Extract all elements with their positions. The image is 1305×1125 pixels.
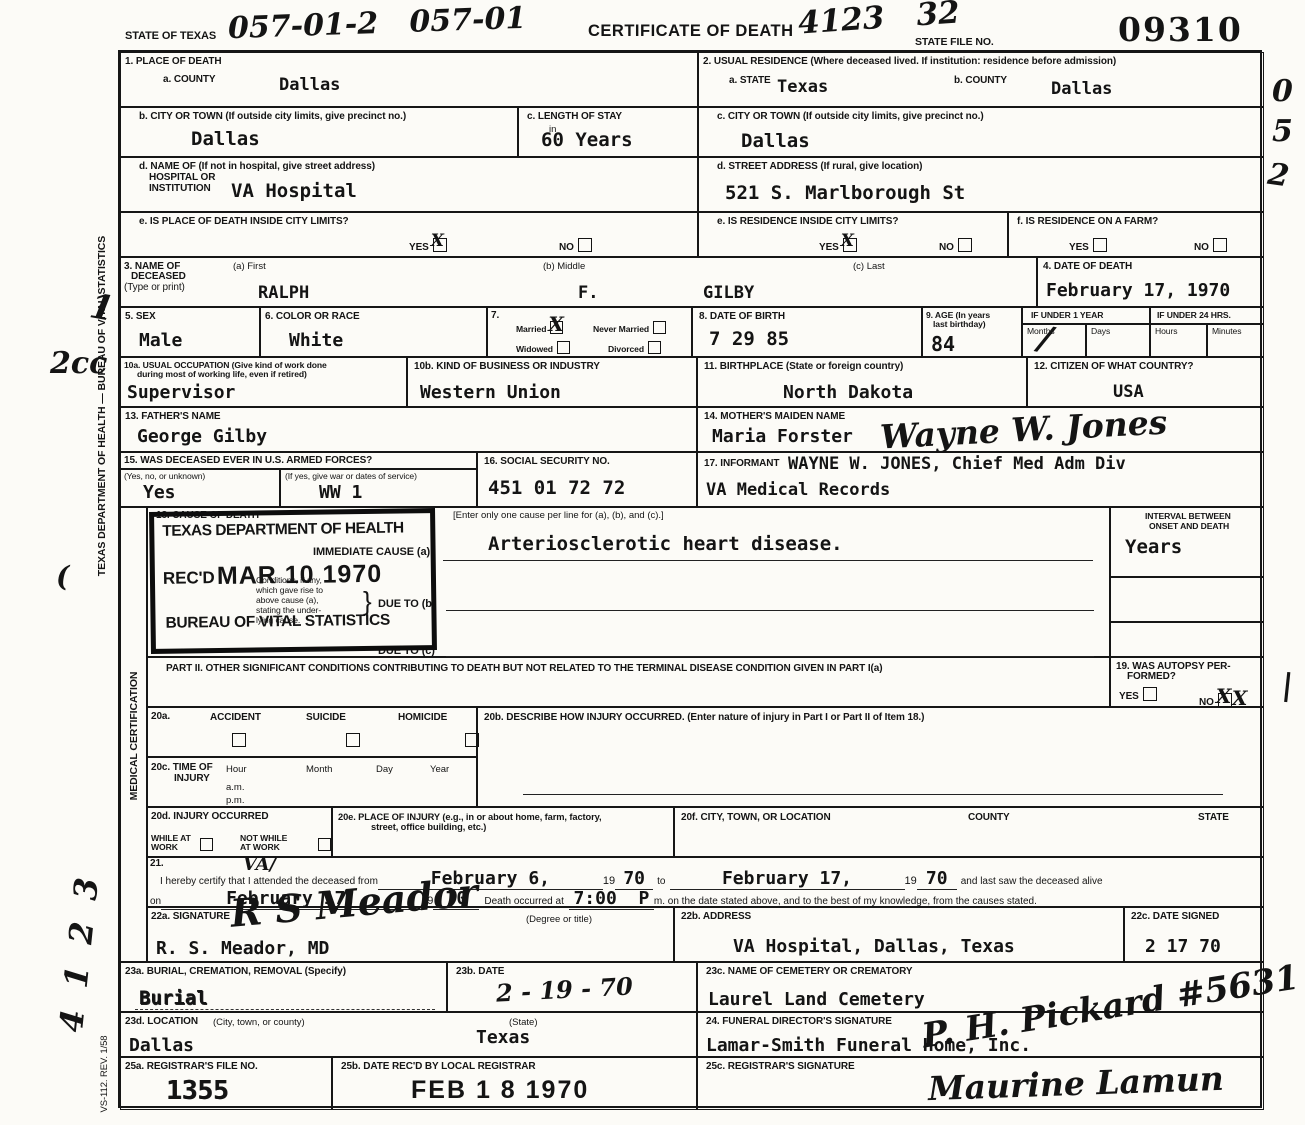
handwritten-mark-2cc: 2cc xyxy=(50,346,107,381)
field-22a-value: R. S. Meador, MD xyxy=(156,938,329,959)
field-15-sub1: (Yes, no, or unknown) Yes xyxy=(120,469,280,507)
not-while-label2: AT WORK xyxy=(240,843,280,853)
field-1e-yes: YESX xyxy=(409,237,447,255)
field-7-never-married: Never Married xyxy=(593,319,666,337)
handwritten-tick: | xyxy=(1280,668,1295,704)
field-1d-label3: INSTITUTION xyxy=(149,183,211,195)
field-23b-value: 2 - 19 - 70 xyxy=(495,971,633,1007)
handwritten-mark-4123: 4123 xyxy=(52,854,108,1034)
while-at-label2: WORK xyxy=(151,843,178,853)
checkbox-2f-yes xyxy=(1093,238,1107,252)
field-15-label: 15. WAS DECEASED EVER IN U.S. ARMED FORC… xyxy=(124,455,372,467)
field-2e-label: e. IS RESIDENCE INSIDE CITY LIMITS? xyxy=(717,216,898,228)
field-9-label2: last birthday) xyxy=(933,320,986,330)
field-2b-label: b. COUNTY xyxy=(954,75,1007,87)
field-14-label: 14. MOTHER'S MAIDEN NAME xyxy=(704,411,845,423)
field-13-label: 13. FATHER'S NAME xyxy=(125,411,221,423)
checkbox-married: X xyxy=(550,321,563,334)
field-22a-label: 22a. SIGNATURE xyxy=(151,911,230,923)
field-23c-label: 23c. NAME OF CEMETERY OR CREMATORY xyxy=(706,966,912,978)
field-7-marital-status: 7. MarriedX Never Married Widowed Divorc… xyxy=(487,307,692,357)
field-5-sex: 5. SEX Male xyxy=(120,307,260,357)
field-3-last-label: (c) Last xyxy=(853,261,885,272)
field-23d-value2: Texas xyxy=(476,1027,530,1048)
yes-label: YES xyxy=(819,242,839,253)
field-4-date-of-death: 4. DATE OF DEATH February 17, 1970 xyxy=(1037,257,1264,307)
checkbox-2e-yes: X xyxy=(843,238,857,252)
handwritten-district-codes: 057-01-2 057-01 xyxy=(227,1,526,46)
field-18-interval: INTERVAL BETWEEN ONSET AND DEATH Years xyxy=(1110,507,1264,577)
field-6-value: White xyxy=(289,330,343,351)
burial-line xyxy=(135,1009,435,1010)
field-9-under1-header: IF UNDER 1 YEAR xyxy=(1022,307,1150,324)
checkbox-mark: X xyxy=(1216,684,1232,708)
checkbox-1e-yes: X xyxy=(433,238,447,252)
field-2c-city: c. CITY OR TOWN (If outside city limits,… xyxy=(698,107,1264,157)
field-25b-value: FEB 1 8 1970 xyxy=(411,1076,589,1105)
registrar-signature: Maurine Lamun xyxy=(927,1059,1224,1108)
field-15-sub1-label: (Yes, no, or unknown) xyxy=(124,472,205,482)
handwritten-slash: / xyxy=(1035,318,1055,360)
interval-label2: ONSET AND DEATH xyxy=(1149,522,1229,532)
field-15-sub2: (If yes, give war or dates of service) W… xyxy=(280,469,477,507)
field-25b-label: 25b. DATE REC'D BY LOCAL REGISTRAR xyxy=(341,1061,536,1073)
field-23a-value: Burial xyxy=(139,987,208,1009)
field-3-first-value: RALPH xyxy=(258,283,309,303)
handwritten-right-2: 2 xyxy=(1266,157,1292,195)
field-1d-hospital: d. NAME OF (If not in hospital, give str… xyxy=(120,157,698,212)
cert-to-date: February 17, xyxy=(670,868,905,890)
field-4-label: 4. DATE OF DEATH xyxy=(1043,261,1132,273)
cert-text-2: and last saw the deceased alive xyxy=(957,876,1103,888)
minutes-label: Minutes xyxy=(1212,327,1241,337)
field-2d-street-address: d. STREET ADDRESS (If rural, give locati… xyxy=(698,157,1264,212)
checkbox-2e-no xyxy=(958,238,972,252)
field-20d-label: 20d. INJURY OCCURRED xyxy=(151,811,268,823)
checkbox-mark: X xyxy=(841,231,854,251)
cert-19a: 19 xyxy=(603,875,615,888)
field-2f-yes: YES xyxy=(1069,237,1107,255)
stamp-line2: REC'D xyxy=(163,568,215,588)
field-10a-occupation: 10a. USUAL OCCUPATION (Give kind of work… xyxy=(120,357,407,407)
cause-a-line xyxy=(443,560,1093,561)
field-20e-place-of-injury: 20e. PLACE OF INJURY (e.g., in or about … xyxy=(332,807,674,857)
certificate-title: CERTIFICATE OF DEATH xyxy=(588,22,794,41)
field-11-birthplace: 11. BIRTHPLACE (State or foreign country… xyxy=(697,357,1027,407)
field-23c-value: Laurel Land Cemetery xyxy=(708,989,925,1010)
handwritten-mark-1: 1 xyxy=(87,286,117,330)
field-15-value1: Yes xyxy=(143,482,176,503)
field-5-label: 5. SEX xyxy=(125,311,156,323)
checkbox-divorced xyxy=(648,341,661,354)
handwritten-va: VA/ xyxy=(243,854,276,875)
certificate-number: 09310 xyxy=(1118,10,1243,49)
interval-value: Years xyxy=(1125,536,1182,558)
interval-empty-c xyxy=(1110,622,1264,657)
field-1e-no: NO xyxy=(559,237,592,255)
field-7-married: MarriedX xyxy=(516,319,563,337)
year-label: Year xyxy=(430,764,449,775)
field-18-label2: [Enter only one cause per line for (a), … xyxy=(453,510,664,521)
pm-label: p.m. xyxy=(226,795,244,806)
state-file-no-label: STATE FILE NO. xyxy=(915,36,994,48)
field-1a-label: a. COUNTY xyxy=(163,74,215,86)
field-6-label: 6. COLOR OR RACE xyxy=(265,311,360,323)
field-12-value: USA xyxy=(1113,382,1144,402)
am-label: a.m. xyxy=(226,782,244,793)
field-20a-label: 20a. xyxy=(151,711,170,723)
field-17-value1: WAYNE W. JONES, Chief Med Adm Div xyxy=(788,454,1126,474)
field-2b-value: Dallas xyxy=(1051,79,1112,99)
form-code-vertical: VS-112. REV. 1/58 xyxy=(100,1026,111,1122)
field-8-date-of-birth: 8. DATE OF BIRTH 7 29 85 xyxy=(692,307,922,357)
field-3-middle-value: F. xyxy=(578,283,598,303)
field-1b-label: b. CITY OR TOWN (If outside city limits,… xyxy=(139,111,406,123)
divorced-label: Divorced xyxy=(608,344,644,354)
field-2a-label: a. STATE xyxy=(729,75,771,87)
field-12-citizen: 12. CITIZEN OF WHAT COUNTRY? USA xyxy=(1027,357,1264,407)
no-label: NO xyxy=(559,242,574,253)
month-label: Month xyxy=(306,764,332,775)
field-8-value: 7 29 85 xyxy=(709,328,789,350)
field-11-value: North Dakota xyxy=(783,382,913,403)
checkbox-widowed xyxy=(557,341,570,354)
cause-b-line xyxy=(446,610,1094,611)
field-1e-city-limits: e. IS PLACE OF DEATH INSIDE CITY LIMITS?… xyxy=(120,212,698,257)
field-7-divorced: Divorced xyxy=(608,339,661,357)
field-22b-label: 22b. ADDRESS xyxy=(681,911,751,923)
widowed-label: Widowed xyxy=(516,344,553,354)
field-23b-date: 23b. DATE 2 - 19 - 70 xyxy=(447,962,697,1012)
field-1b-city: b. CITY OR TOWN (If outside city limits,… xyxy=(120,107,518,157)
field-9-minutes: Minutes xyxy=(1207,324,1264,357)
medical-certification-strip: MEDICAL CERTIFICATION xyxy=(120,507,147,962)
yes-label: YES xyxy=(1069,242,1089,253)
field-1c-value: 60 Years xyxy=(541,129,633,151)
cert-from-year: 70 xyxy=(615,868,653,890)
cert-19b: 19 xyxy=(905,875,917,888)
field-3-label2: DECEASED xyxy=(131,271,186,283)
field-2f-label: f. IS RESIDENCE ON A FARM? xyxy=(1017,216,1158,228)
state-label: STATE xyxy=(1198,812,1229,824)
field-2f-no: NO xyxy=(1194,237,1227,255)
field-2e-yes: YESX xyxy=(819,237,857,255)
field-23d-label: 23d. LOCATION xyxy=(125,1016,198,1028)
field-1d-label1: d. NAME OF (If not in hospital, give str… xyxy=(139,161,375,173)
days-label: Days xyxy=(1091,327,1110,337)
field-10b-value: Western Union xyxy=(420,382,561,403)
no-label: NO xyxy=(1194,242,1209,253)
field-1c-label: c. LENGTH OF STAY xyxy=(527,111,622,123)
checkbox-never-married xyxy=(653,321,666,334)
field-10a-value: Supervisor xyxy=(127,382,235,403)
field-2d-label: d. STREET ADDRESS (If rural, give locati… xyxy=(717,161,922,173)
field-25b-date-recd: 25b. DATE REC'D BY LOCAL REGISTRAR FEB 1… xyxy=(332,1057,697,1110)
under24-label: IF UNDER 24 HRS. xyxy=(1157,311,1231,321)
field-23d-location: 23d. LOCATION (City, town, or county) (S… xyxy=(120,1012,697,1057)
handwritten-right-0: 0 xyxy=(1272,74,1293,109)
cert-to: to xyxy=(653,876,669,888)
field-19-yes: YES xyxy=(1119,686,1157,704)
checkbox-1e-no xyxy=(578,238,592,252)
field-25a-value: 1355 xyxy=(166,1076,229,1106)
field-23a-label: 23a. BURIAL, CREMATION, REMOVAL (Specify… xyxy=(125,966,346,978)
field-23d-value1: Dallas xyxy=(129,1035,194,1056)
field-1c-length-of-stay: c. LENGTH OF STAY in 60 Years xyxy=(518,107,698,157)
checkbox-19-no: X xyxy=(1218,693,1232,707)
field-6-color-or-race: 6. COLOR OR RACE White xyxy=(260,307,487,357)
married-label: Married xyxy=(516,324,546,334)
field-24-label: 24. FUNERAL DIRECTOR'S SIGNATURE xyxy=(706,1016,892,1028)
county-label: COUNTY xyxy=(968,812,1010,824)
field-22b-address: 22b. ADDRESS VA Hospital, Dallas, Texas xyxy=(674,907,1124,962)
field-20b-describe-injury: 20b. DESCRIBE HOW INJURY OCCURRED. (Ente… xyxy=(477,707,1264,807)
field-19-label2: FORMED? xyxy=(1127,671,1176,683)
city-town-county-label: (City, town, or county) xyxy=(213,1017,305,1028)
field-22c-label: 22c. DATE SIGNED xyxy=(1131,911,1219,923)
checkbox-19-yes xyxy=(1143,687,1157,701)
suicide-label: SUICIDE xyxy=(306,712,346,724)
field-23a-burial: 23a. BURIAL, CREMATION, REMOVAL (Specify… xyxy=(120,962,447,1012)
field-1a-value: Dallas xyxy=(279,75,340,95)
field-2e-city-limits: e. IS RESIDENCE INSIDE CITY LIMITS? YESX… xyxy=(698,212,1008,257)
field-13-value: George Gilby xyxy=(137,426,267,447)
field-10a-label2: during most of working life, even if ret… xyxy=(137,370,307,380)
field-20f-location: 20f. CITY, TOWN, OR LOCATION COUNTY STAT… xyxy=(674,807,1264,857)
field-1d-value: VA Hospital xyxy=(231,180,357,202)
field-1-place-of-death: 1. PLACE OF DEATH a. COUNTY Dallas xyxy=(120,52,698,107)
field-3-name-of-deceased: 3. NAME OF DECEASED (Type or print) (a) … xyxy=(120,257,1037,307)
field-16-ssn: 16. SOCIAL SECURITY NO. 451 01 72 72 xyxy=(477,452,697,507)
field-17-informant: 17. INFORMANT WAYNE W. JONES, Chief Med … xyxy=(697,452,1264,507)
field-25a-registrar-file-no: 25a. REGISTRAR'S FILE NO. 1355 xyxy=(120,1057,332,1110)
field-15-armed-forces: 15. WAS DECEASED EVER IN U.S. ARMED FORC… xyxy=(120,452,477,469)
field-20c-label2: INJURY xyxy=(174,773,210,785)
injury-line xyxy=(523,794,1223,795)
homicide-label: HOMICIDE xyxy=(398,712,447,724)
field-20b-label: 20b. DESCRIBE HOW INJURY OCCURRED. (Ente… xyxy=(484,712,924,724)
field-2-title: 2. USUAL RESIDENCE (Where deceased lived… xyxy=(703,56,1116,68)
field-5-value: Male xyxy=(139,330,182,351)
field-2d-value: 521 S. Marlborough St xyxy=(725,182,965,204)
field-part2: PART II. OTHER SIGNIFICANT CONDITIONS CO… xyxy=(147,657,1110,707)
yes-label: YES xyxy=(409,242,429,253)
checkbox-while-at-work xyxy=(200,838,213,851)
yes-label: YES xyxy=(1119,691,1139,702)
field-1b-value: Dallas xyxy=(191,128,260,150)
no-label: NO xyxy=(939,242,954,253)
checkbox-not-while-at-work xyxy=(318,838,331,851)
field-25c-label: 25c. REGISTRAR'S SIGNATURE xyxy=(706,1061,855,1073)
stamp-line4: BUREAU OF VITAL STATISTICS xyxy=(165,612,390,633)
state-of-texas-label: STATE OF TEXAS xyxy=(125,30,216,43)
field-20e-label2: street, office building, etc.) xyxy=(371,822,486,833)
field-3-middle-label: (b) Middle xyxy=(543,261,585,272)
stamp-line1: TEXAS DEPARTMENT OF HEALTH xyxy=(162,519,404,540)
handwritten-mark-paren: ( xyxy=(56,560,69,593)
field-15-value2: WW 1 xyxy=(319,482,362,503)
death-certificate-scan: STATE OF TEXAS 057-01-2 057-01 CERTIFICA… xyxy=(0,0,1305,1125)
field-20c-label1: 20c. TIME OF xyxy=(151,762,213,774)
field-22c-date-signed: 22c. DATE SIGNED 2 17 70 xyxy=(1124,907,1264,962)
field-23b-label: 23b. DATE xyxy=(456,966,504,978)
field-7-label: 7. xyxy=(491,310,499,322)
accident-label: ACCIDENT xyxy=(210,712,261,724)
day-label: Day xyxy=(376,764,393,775)
form-body: 1. PLACE OF DEATH a. COUNTY Dallas b. CI… xyxy=(118,50,1262,1108)
field-3-label3: (Type or print) xyxy=(124,282,185,294)
immediate-cause-value: Arteriosclerotic heart disease. xyxy=(488,533,843,555)
part2-label: PART II. OTHER SIGNIFICANT CONDITIONS CO… xyxy=(166,663,1096,675)
interval-empty-b xyxy=(1110,577,1264,622)
field-22c-value: 2 17 70 xyxy=(1145,936,1221,957)
field-1e-label: e. IS PLACE OF DEATH INSIDE CITY LIMITS? xyxy=(139,216,349,228)
stamp-line3: MAR 10 1970 xyxy=(217,560,383,591)
checkbox-2f-no xyxy=(1213,238,1227,252)
field-2e-no: NO xyxy=(939,237,972,255)
field-8-label: 8. DATE OF BIRTH xyxy=(699,311,785,323)
checkbox-mark: X xyxy=(431,231,444,251)
field-9-days: Days xyxy=(1086,324,1150,357)
cert-to-year: 70 xyxy=(917,868,957,890)
field-2-usual-residence: 2. USUAL RESIDENCE (Where deceased lived… xyxy=(698,52,1264,107)
field-9-under24-header: IF UNDER 24 HRS. xyxy=(1150,307,1264,324)
field-13-fathers-name: 13. FATHER'S NAME George Gilby xyxy=(120,407,697,452)
field-3-last-value: GILBY xyxy=(703,283,754,303)
field-4-value: February 17, 1970 xyxy=(1046,280,1230,301)
field-19-autopsy: 19. WAS AUTOPSY PER- FORMED? YES NOXX xyxy=(1110,657,1264,707)
field-7-widowed: Widowed xyxy=(516,339,570,357)
field-2c-value: Dallas xyxy=(741,130,810,152)
checkbox-mark: X xyxy=(548,312,564,336)
field-16-value: 451 01 72 72 xyxy=(488,477,625,499)
field-3-first-label: (a) First xyxy=(233,261,266,272)
degree-or-title-label: (Degree or title) xyxy=(526,914,592,925)
field-25a-label: 25a. REGISTRAR'S FILE NO. xyxy=(125,1061,258,1073)
handwritten-right-5: 5 xyxy=(1272,114,1293,149)
hour-label: Hour xyxy=(226,764,247,775)
medical-certification-vertical-label: MEDICAL CERTIFICATION xyxy=(128,516,140,956)
field-20d-injury-occurred: 20d. INJURY OCCURRED WHILE AT WORK NOT W… xyxy=(147,807,332,857)
field-20a-manner: 20a. ACCIDENT SUICIDE HOMICIDE xyxy=(147,707,477,757)
field-9-months: Months / xyxy=(1022,324,1086,357)
field-17-value2: VA Medical Records xyxy=(706,480,890,500)
received-stamp: TEXAS DEPARTMENT OF HEALTH REC'D MAR 10 … xyxy=(149,508,437,654)
field-9-value: 84 xyxy=(931,332,955,356)
field-20c-time-of-injury: 20c. TIME OF INJURY Hour a.m. p.m. Month… xyxy=(147,757,477,807)
field-1d-label2: HOSPITAL OR xyxy=(149,172,215,184)
field-15-sub2-label: (If yes, give war or dates of service) xyxy=(285,472,417,482)
checkbox-accident xyxy=(232,733,246,747)
field-22b-value: VA Hospital, Dallas, Texas xyxy=(733,936,1015,957)
agency-vertical-label: TEXAS DEPARTMENT OF HEALTH — BUREAU OF V… xyxy=(96,210,108,602)
field-14-value: Maria Forster xyxy=(712,426,853,447)
checkbox-suicide xyxy=(346,733,360,747)
field-16-label: 16. SOCIAL SECURITY NO. xyxy=(484,456,610,468)
field-10b-industry: 10b. KIND OF BUSINESS OR INDUSTRY Wester… xyxy=(407,357,697,407)
field-17-label: 17. INFORMANT xyxy=(704,458,779,470)
field-9-age: 9. AGE (In years last birthday) 84 xyxy=(922,307,1022,357)
field-20f-label: 20f. CITY, TOWN, OR LOCATION xyxy=(681,812,831,824)
field-11-label: 11. BIRTHPLACE (State or foreign country… xyxy=(704,361,903,373)
field-1-title: 1. PLACE OF DEATH xyxy=(125,56,221,68)
field-25c-registrar-signature: 25c. REGISTRAR'S SIGNATURE Maurine Lamun xyxy=(697,1057,1264,1110)
field-2c-label: c. CITY OR TOWN (If outside city limits,… xyxy=(717,111,984,123)
hours-label: Hours xyxy=(1155,327,1177,337)
never-married-label: Never Married xyxy=(593,324,649,334)
field-2a-value: Texas xyxy=(777,77,828,97)
field-12-label: 12. CITIZEN OF WHAT COUNTRY? xyxy=(1034,361,1193,373)
field-2f-farm: f. IS RESIDENCE ON A FARM? YES NO xyxy=(1008,212,1264,257)
field-10b-label: 10b. KIND OF BUSINESS OR INDUSTRY xyxy=(414,361,600,373)
field-9-hours: Hours xyxy=(1150,324,1207,357)
